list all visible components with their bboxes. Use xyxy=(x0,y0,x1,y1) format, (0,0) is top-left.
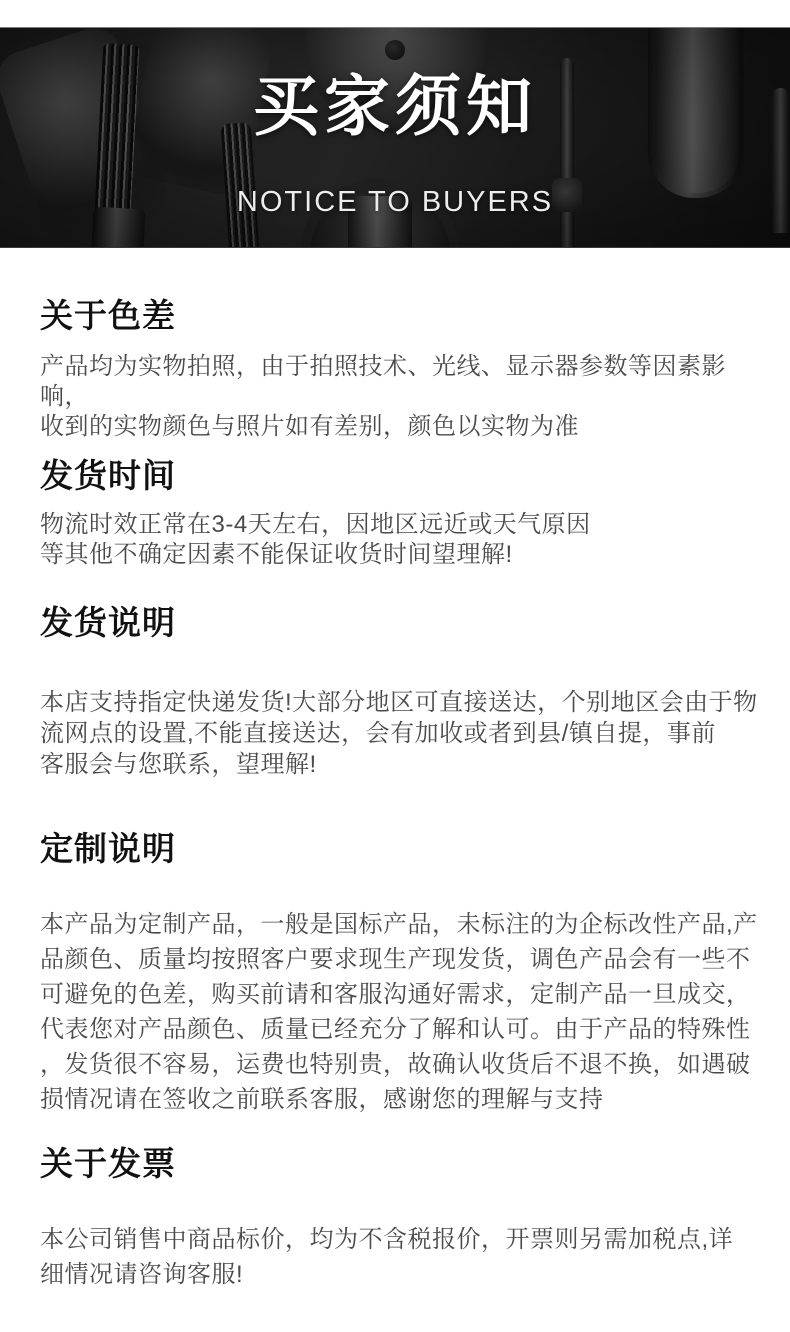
section-heading-shipping-time: 发货时间 xyxy=(40,454,762,498)
section-body-invoice: 本公司销售中商品标价，均为不含税报价，开票则另需加税点,详 细情况请咨询客服! xyxy=(40,1222,762,1292)
section-body-customization: 本产品为定制产品，一般是国标产品，未标注的为企标改性产品,产 品颜色、质量均按照… xyxy=(40,907,762,1117)
section-heading-customization: 定制说明 xyxy=(40,827,762,871)
buyer-notice-page: { "banner": { "title": "买家须知", "subtitle… xyxy=(0,0,790,1332)
section-heading-color-difference: 关于色差 xyxy=(40,294,762,338)
banner-subtitle: NOTICE TO BUYERS xyxy=(0,186,790,219)
banner-title: 买家须知 xyxy=(0,70,790,143)
hero-banner: 买家须知 NOTICE TO BUYERS xyxy=(0,27,790,248)
section-body-shipping-notes: 本店支持指定快递发货!大部分地区可直接送达，个别地区会由于物 流网点的设置,不能… xyxy=(40,687,762,780)
section-heading-shipping-notes: 发货说明 xyxy=(40,601,762,645)
section-body-shipping-time: 物流时效正常在3-4天左右，因地区远近或天气原因 等其他不确定因素不能保证收货时… xyxy=(40,510,762,570)
section-heading-invoice: 关于发票 xyxy=(40,1142,762,1186)
section-body-color-difference: 产品均为实物拍照，由于拍照技术、光线、显示器参数等因素影响， 收到的实物颜色与照… xyxy=(40,352,762,442)
